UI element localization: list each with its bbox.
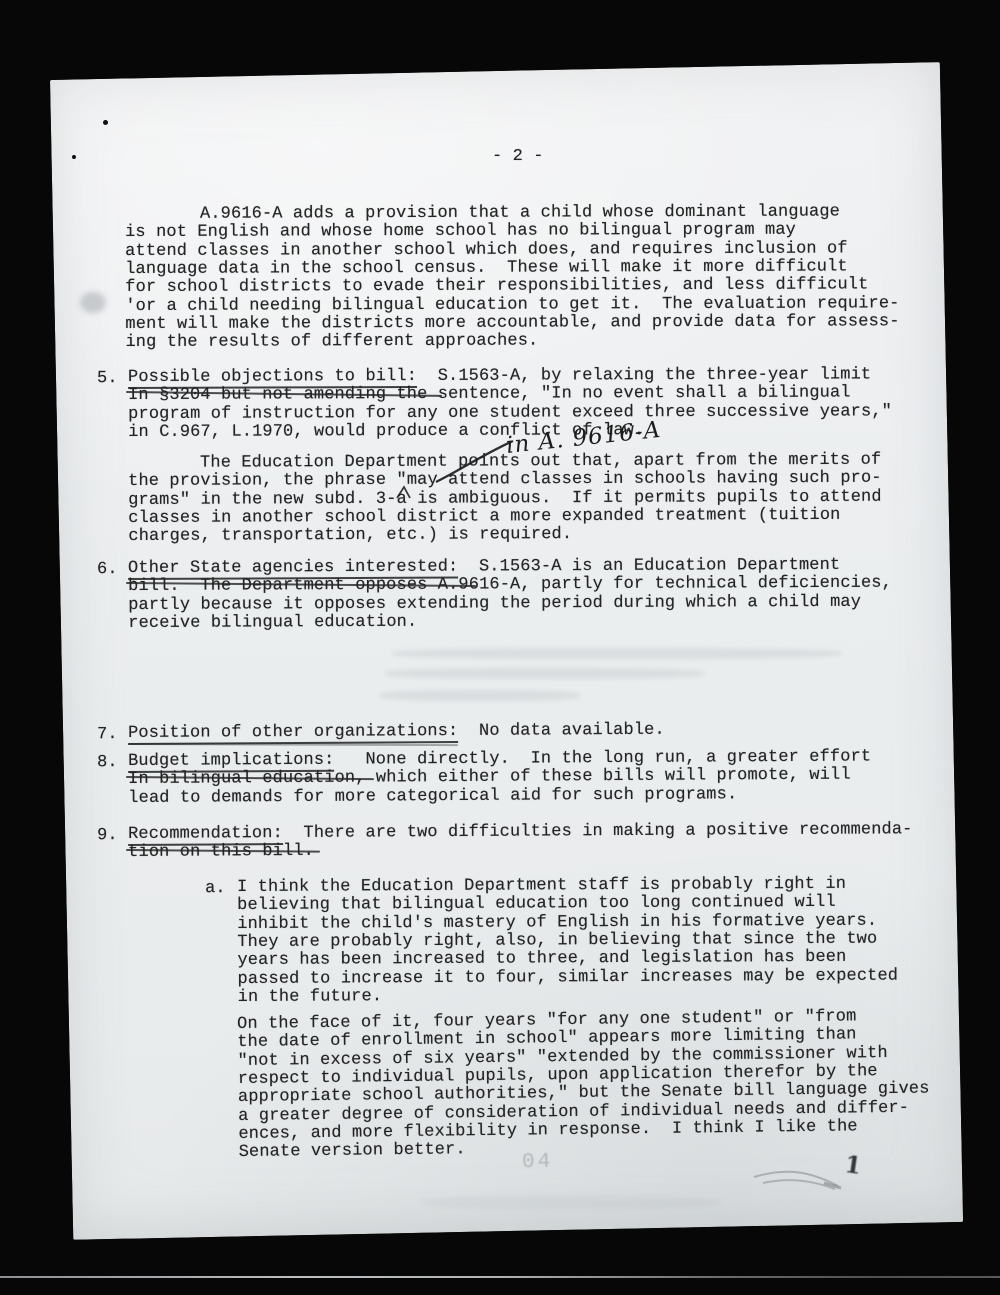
section-6: 6. Other State agencies interested: S.15…: [128, 557, 892, 634]
typewritten-text-layer: - 2 - A.9616-A adds a provision that a c…: [0, 0, 1000, 1295]
closing-paragraph: On the face of it, four years "for any o…: [237, 1008, 930, 1163]
section-9: 9. Recommendation: There are two difficu…: [128, 821, 913, 862]
page-number: - 2 -: [492, 148, 544, 166]
frame-counter: 04: [522, 1151, 554, 1175]
text-line: charges, transportation, etc.) is requir…: [128, 525, 882, 547]
section-5: 5. Possible objections to bill: S.1563-A…: [128, 366, 892, 442]
text-line: passed to increase it to four, similar i…: [237, 967, 898, 989]
list-item-label: a.: [205, 879, 226, 898]
intro-paragraph: A.9616-A adds a provision that a child w…: [125, 203, 900, 352]
text-line: lead to demands for more categorical aid…: [128, 785, 871, 808]
section-number: 8.: [97, 753, 118, 772]
text-run: No data available.: [458, 721, 665, 741]
section-7: 7. Position of other organizations: No d…: [128, 722, 665, 744]
text-line: receive bilingual education.: [128, 612, 892, 634]
department-paragraph: The Education Department points out that…: [128, 452, 882, 547]
section-number: 9.: [97, 826, 118, 845]
text-line: in C.967, L.1970, would produce a confli…: [128, 421, 892, 442]
text-line: partly because it opposes extending the …: [128, 593, 892, 615]
section-heading: Position of other organizations:: [128, 722, 458, 745]
text-line: - 2 -: [492, 148, 544, 166]
section-number: 6.: [97, 560, 118, 579]
film-scratch-line: [0, 1276, 1000, 1278]
text-line: in the future.: [238, 986, 899, 1008]
section-number: 5.: [97, 369, 118, 388]
text-line: Position of other organizations: No data…: [128, 722, 665, 744]
text-line: ing the results of different approaches.: [125, 332, 899, 353]
corner-mark: 1: [843, 1151, 863, 1180]
text-run: There are two difficulties in making a p…: [283, 820, 913, 843]
section-number: 7.: [97, 725, 118, 744]
scan-frame: - 2 - A.9616-A adds a provision that a c…: [0, 0, 1000, 1295]
item-a: a. I think the Education Department staf…: [237, 876, 898, 1008]
